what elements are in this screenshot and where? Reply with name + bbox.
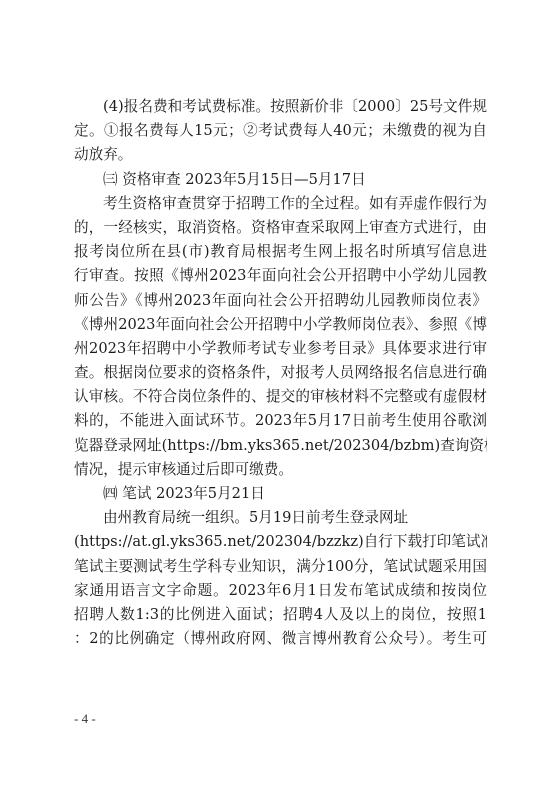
paragraph-line: ：2的比例确定（博州政府网、微言博州教育公众号）。考生可 bbox=[74, 627, 487, 651]
paragraph-line-with-url: 览器登录网址(https://bm.yks365.net/202304/bzbm… bbox=[74, 434, 487, 458]
paragraph-line: 查。根据岗位要求的资格条件，对报考人员网络报名信息进行确 bbox=[74, 361, 487, 385]
paragraph-line: 师公告》《博州2023年面向社会公开招聘幼儿园教师岗位表》 bbox=[74, 289, 487, 313]
paragraph-line-fee-standard: (4)报名费和考试费标准。按照新价非〔2000〕25号文件规 bbox=[74, 95, 487, 119]
paragraph-line: 定。①报名费每人15元；②考试费每人40元；未缴费的视为自 bbox=[74, 119, 487, 143]
paragraph-line: 情况，提示审核通过后即可缴费。 bbox=[74, 458, 487, 482]
paragraph-line: 料的，不能进入面试环节。2023年5月17日前考生使用谷歌浏 bbox=[74, 409, 487, 433]
paragraph-line: 的，一经核实，取消资格。资格审查采取网上审查方式进行，由 bbox=[74, 216, 487, 240]
document-page: (4)报名费和考试费标准。按照新价非〔2000〕25号文件规 定。①报名费每人1… bbox=[0, 0, 555, 785]
paragraph-line: 《博州2023年面向社会公开招聘中小学教师岗位表》、参照《博 bbox=[74, 313, 487, 337]
section-heading-qualification-review: ㈢ 资格审查 2023年5月15日—5月17日 bbox=[74, 168, 487, 192]
paragraph-line: 州2023年招聘中小学教师考试专业参考目录》具体要求进行审 bbox=[74, 337, 487, 361]
paragraph-line: 行审查。按照《博州2023年面向社会公开招聘中小学幼儿园教 bbox=[74, 264, 487, 288]
paragraph-line: 由州教育局统一组织。5月19日前考生登录网址 bbox=[74, 506, 487, 530]
paragraph-line-with-url: (https://at.gl.yks365.net/202304/bzzkz)自… bbox=[74, 530, 487, 554]
paragraph-line: 动放弃。 bbox=[74, 143, 487, 167]
paragraph-line: 报考岗位所在县(市)教育局根据考生网上报名时所填写信息进 bbox=[74, 240, 487, 264]
paragraph-line: 家通用语言文字命题。2023年6月1日发布笔试成绩和按岗位 bbox=[74, 579, 487, 603]
page-number: - 4 - bbox=[74, 711, 96, 727]
paragraph-line: 招聘人数1:3的比例进入面试；招聘4人及以上的岗位，按照1 bbox=[74, 603, 487, 627]
section-heading-written-exam: ㈣ 笔试 2023年5月21日 bbox=[74, 482, 487, 506]
document-body: (4)报名费和考试费标准。按照新价非〔2000〕25号文件规 定。①报名费每人1… bbox=[74, 95, 487, 651]
paragraph-line: 笔试主要测试考生学科专业知识，满分100分，笔试试题采用国 bbox=[74, 555, 487, 579]
paragraph-line: 考生资格审查贯穿于招聘工作的全过程。如有弄虚作假行为 bbox=[74, 192, 487, 216]
paragraph-line: 认审核。不符合岗位条件的、提交的审核材料不完整或有虚假材 bbox=[74, 385, 487, 409]
